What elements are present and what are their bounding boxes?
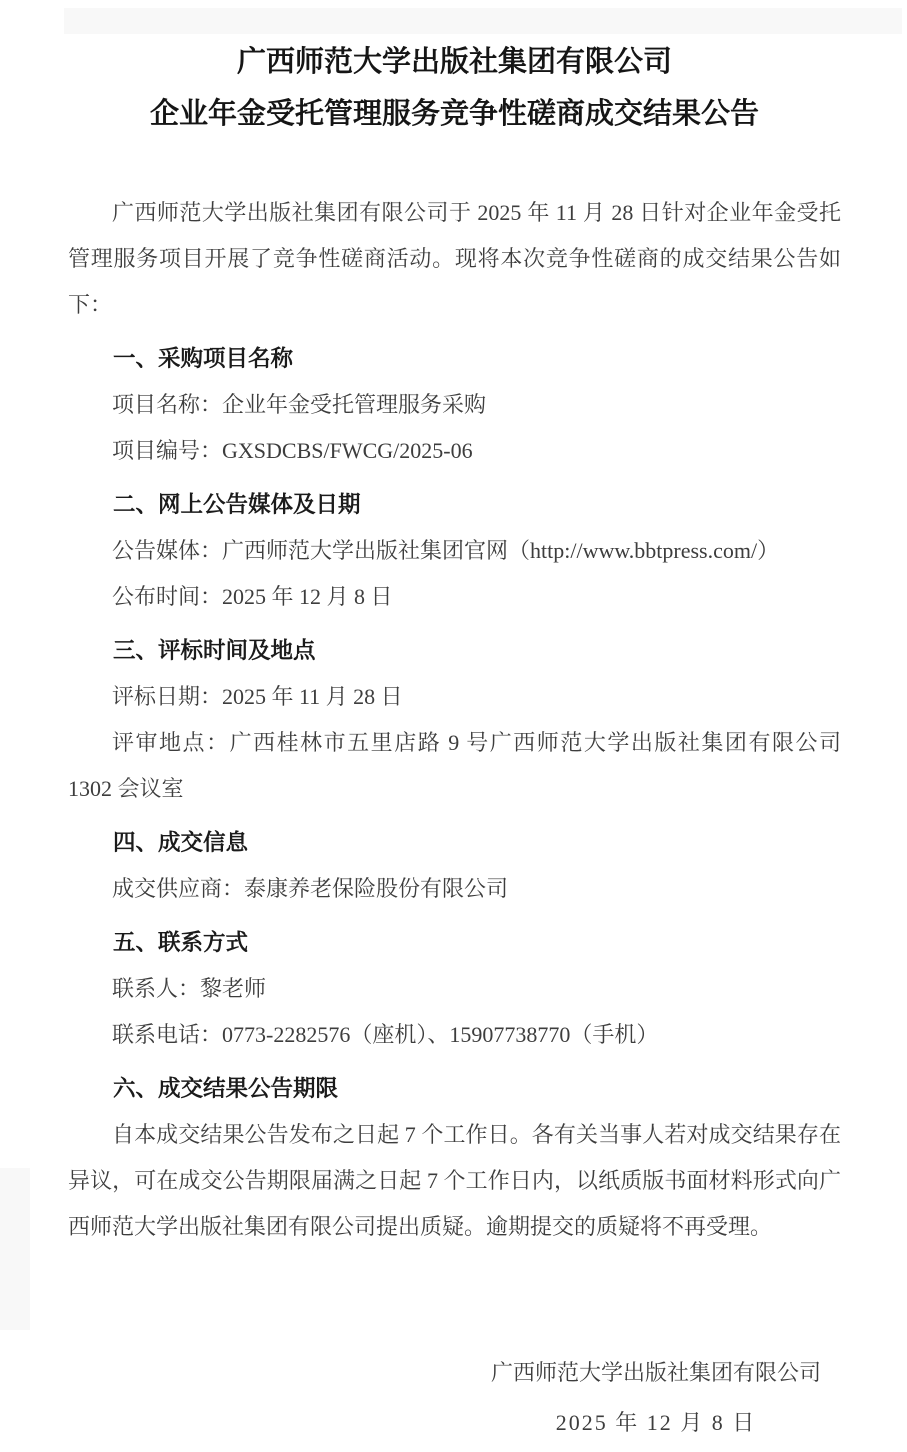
section-1-item-project-name: 项目名称：企业年金受托管理服务采购 (68, 382, 841, 428)
scan-artifact-left (0, 1168, 30, 1330)
section-3-heading: 三、评标时间及地点 (68, 628, 841, 674)
section-1-item-project-number: 项目编号：GXSDCBS/FWCG/2025-06 (68, 428, 841, 474)
intro-paragraph: 广西师范大学出版社集团有限公司于 2025 年 11 月 28 日针对企业年金受… (68, 190, 841, 328)
announcement-document: 广西师范大学出版社集团有限公司 企业年金受托管理服务竞争性磋商成交结果公告 广西… (0, 0, 907, 1452)
section-2-heading: 二、网上公告媒体及日期 (68, 482, 841, 528)
document-title-line2: 企业年金受托管理服务竞争性磋商成交结果公告 (68, 88, 841, 140)
document-title-line1: 广西师范大学出版社集团有限公司 (68, 36, 841, 88)
section-5-item-contact-phone: 联系电话：0773-2282576（座机）、15907738770（手机） (68, 1012, 841, 1058)
document-body: 广西师范大学出版社集团有限公司于 2025 年 11 月 28 日针对企业年金受… (68, 190, 841, 1250)
section-2-item-announcement-media: 公告媒体：广西师范大学出版社集团官网（http://www.bbtpress.c… (68, 528, 841, 574)
signature-inner: 广西师范大学出版社集团有限公司 2025 年 12 月 8 日 (491, 1348, 821, 1448)
section-3-item-evaluation-date: 评标日期：2025 年 11 月 28 日 (68, 674, 841, 720)
section-5-heading: 五、联系方式 (68, 920, 841, 966)
signature-date: 2025 年 12 月 8 日 (491, 1398, 821, 1448)
document-title: 广西师范大学出版社集团有限公司 企业年金受托管理服务竞争性磋商成交结果公告 (68, 36, 841, 140)
section-6-paragraph: 自本成交结果公告发布之日起 7 个工作日。各有关当事人若对成交结果存在异议，可在… (68, 1112, 841, 1250)
section-5-item-contact-person: 联系人：黎老师 (68, 966, 841, 1012)
signature-block: 广西师范大学出版社集团有限公司 2025 年 12 月 8 日 (68, 1348, 841, 1448)
section-1-heading: 一、采购项目名称 (68, 336, 841, 382)
section-4-heading: 四、成交信息 (68, 820, 841, 866)
section-4-item-winning-supplier: 成交供应商：泰康养老保险股份有限公司 (68, 866, 841, 912)
section-3-item-evaluation-location: 评审地点：广西桂林市五里店路 9 号广西师范大学出版社集团有限公司 1302 会… (68, 720, 841, 812)
section-6-heading: 六、成交结果公告期限 (68, 1066, 841, 1112)
scan-artifact-top (64, 8, 902, 34)
signature-company: 广西师范大学出版社集团有限公司 (491, 1348, 821, 1398)
section-2-item-publish-time: 公布时间：2025 年 12 月 8 日 (68, 574, 841, 620)
